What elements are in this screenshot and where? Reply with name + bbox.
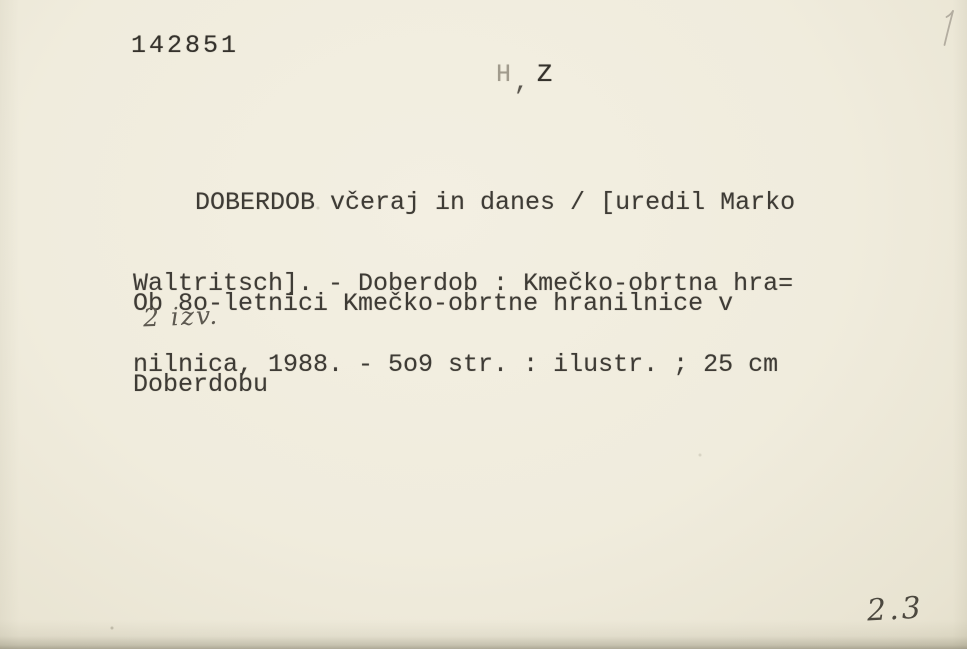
pen-tick-mark-icon — [936, 8, 958, 50]
note-line-2: Doberdobu — [133, 371, 733, 398]
note-line-1: Ob 8o-letnici Kmečko-obrtne hranilnice v — [133, 290, 733, 317]
catalog-card: 142851 H,Z DOBERDOB včeraj in danes / [u… — [0, 0, 967, 649]
handwritten-copies-note: 2 izv. — [143, 301, 220, 333]
shelf-mark-separator: , — [514, 68, 529, 97]
accession-number: 142851 — [131, 31, 239, 60]
shelf-mark-letter-h: H — [496, 60, 511, 89]
shelf-mark: H,Z — [436, 31, 552, 118]
description-line-1: DOBERDOB včeraj in danes / [uredil Marko — [133, 189, 795, 216]
shelf-mark-letter-z: Z — [537, 60, 552, 89]
handwritten-number: 2.3 — [866, 591, 924, 629]
note-text: Ob 8o-letnici Kmečko-obrtne hranilnice v… — [133, 236, 733, 452]
